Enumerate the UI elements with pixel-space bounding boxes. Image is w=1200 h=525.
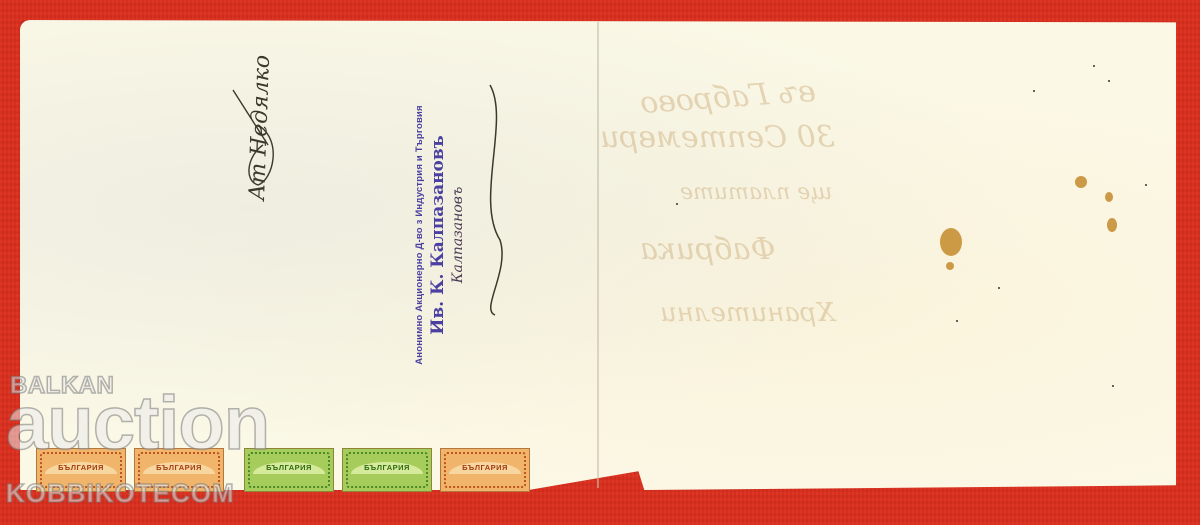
faded-handwriting: ще платите xyxy=(680,180,832,205)
stain xyxy=(1107,218,1117,232)
signature-loop-icon xyxy=(228,85,278,195)
faded-handwriting: Хранителни xyxy=(660,298,835,328)
signature-flourish-icon xyxy=(470,80,510,320)
stain xyxy=(946,262,954,270)
speck xyxy=(1145,184,1147,186)
company-stamp-name: Анонимно Акционерно Д-во з Индустрия и Т… xyxy=(414,70,425,400)
speck xyxy=(1112,385,1114,387)
faded-handwriting: 30 Септември xyxy=(600,120,835,155)
stain xyxy=(1075,176,1087,188)
company-stamp: Анонимно Акционерно Д-во з Индустрия и Т… xyxy=(380,70,500,400)
company-signature: Калпазановъ xyxy=(450,70,466,400)
speck xyxy=(676,203,678,205)
company-stamp-owner: Ив. К. Калпазановъ xyxy=(428,70,448,400)
speck xyxy=(1093,65,1095,67)
revenue-stamp: БЪЛГАРИЯ xyxy=(342,448,432,492)
watermark-site: KOBBIKOTECOM xyxy=(6,478,235,509)
speck xyxy=(956,320,958,322)
paper-fold-line xyxy=(597,22,599,488)
revenue-stamp: БЪЛГАРИЯ xyxy=(440,448,530,492)
faded-handwriting: Фабрика xyxy=(640,232,775,267)
speck xyxy=(998,287,1000,289)
stain xyxy=(1105,192,1113,202)
watermark-auction: auction xyxy=(6,380,269,467)
stain xyxy=(940,228,962,256)
speck xyxy=(1033,90,1035,92)
speck xyxy=(1108,80,1110,82)
